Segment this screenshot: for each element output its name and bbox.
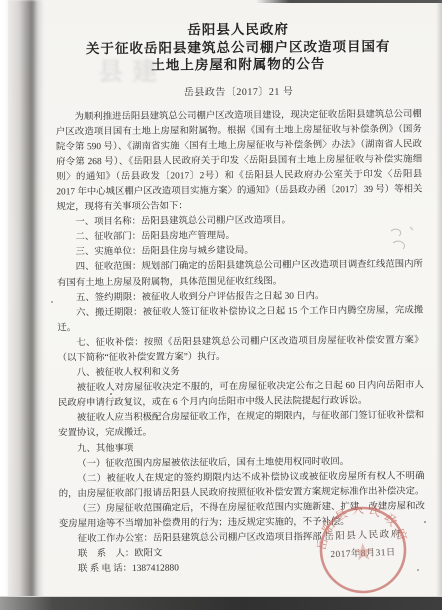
document-title: 岳阳县人民政府 关于征收岳阳县建筑总公司棚户区改造项目国有 土地上房屋和附属物的… — [55, 20, 421, 75]
scan-edge-top — [256, 0, 442, 3]
official-seal-graphic: 岳阳县人民政府 ★ — [314, 501, 412, 599]
official-seal: 岳阳县人民政府 ★ — [314, 501, 412, 599]
document-content: 岳阳县人民政府 关于征收岳阳县建筑总公司棚户区改造项目国有 土地上房屋和附属物的… — [55, 20, 425, 578]
scan-noise-specks — [110, 393, 112, 395]
body-paragraph: 四、征收范围：规划部门确定的岳阳县建筑总公司棚户区改造项目调查红线范围内所有国有… — [57, 258, 423, 291]
body-paragraph: （二）被征收人在规定的签约期限内达不成补偿协议或被征收房屋所有权人不明确的，由房… — [59, 469, 425, 502]
body-paragraph: 六、搬迁期限：被征收人签订征收补偿协议之日起 15 个工作日内腾空房屋，完成搬迁… — [57, 303, 423, 336]
title-line-2: 关于征收岳阳县建筑总公司棚户区改造项目国有 — [55, 37, 421, 57]
pencil-mark — [388, 224, 416, 254]
binding-shadow — [4, 0, 44, 610]
scanned-document: 县建 岳阳县人民政府 关于征收岳阳县建筑总公司棚户区改造项目国有 土地上房屋和附… — [0, 0, 442, 610]
body-paragraph: 七、征收补偿：按照《岳阳县建筑总公司棚户区改造项目房屋征收补偿安置方案》（以下简… — [57, 333, 423, 366]
body-paragraph: 被征收人应当积极配合房屋征收工作，在规定的期限内，与征收部门签订征收补偿和安置协… — [58, 409, 424, 442]
body-paragraph: 被征收人对房屋征收决定不服的，可在房屋征收决定公布之日起 60 日内向岳阳市人民… — [58, 379, 424, 412]
scan-edge-bottom — [0, 596, 442, 610]
body-paragraph: 为顺利推进岳阳县建筑总公司棚户区改造项目建设，现决定征收岳阳县建筑总公司棚户区改… — [56, 107, 423, 216]
scan-edge-right — [436, 0, 442, 610]
seal-star-icon: ★ — [352, 539, 375, 566]
title-line-3: 土地上房屋和附属物的公告 — [55, 55, 421, 75]
doc-number: 岳县政告〔2017〕21 号 — [55, 81, 421, 99]
